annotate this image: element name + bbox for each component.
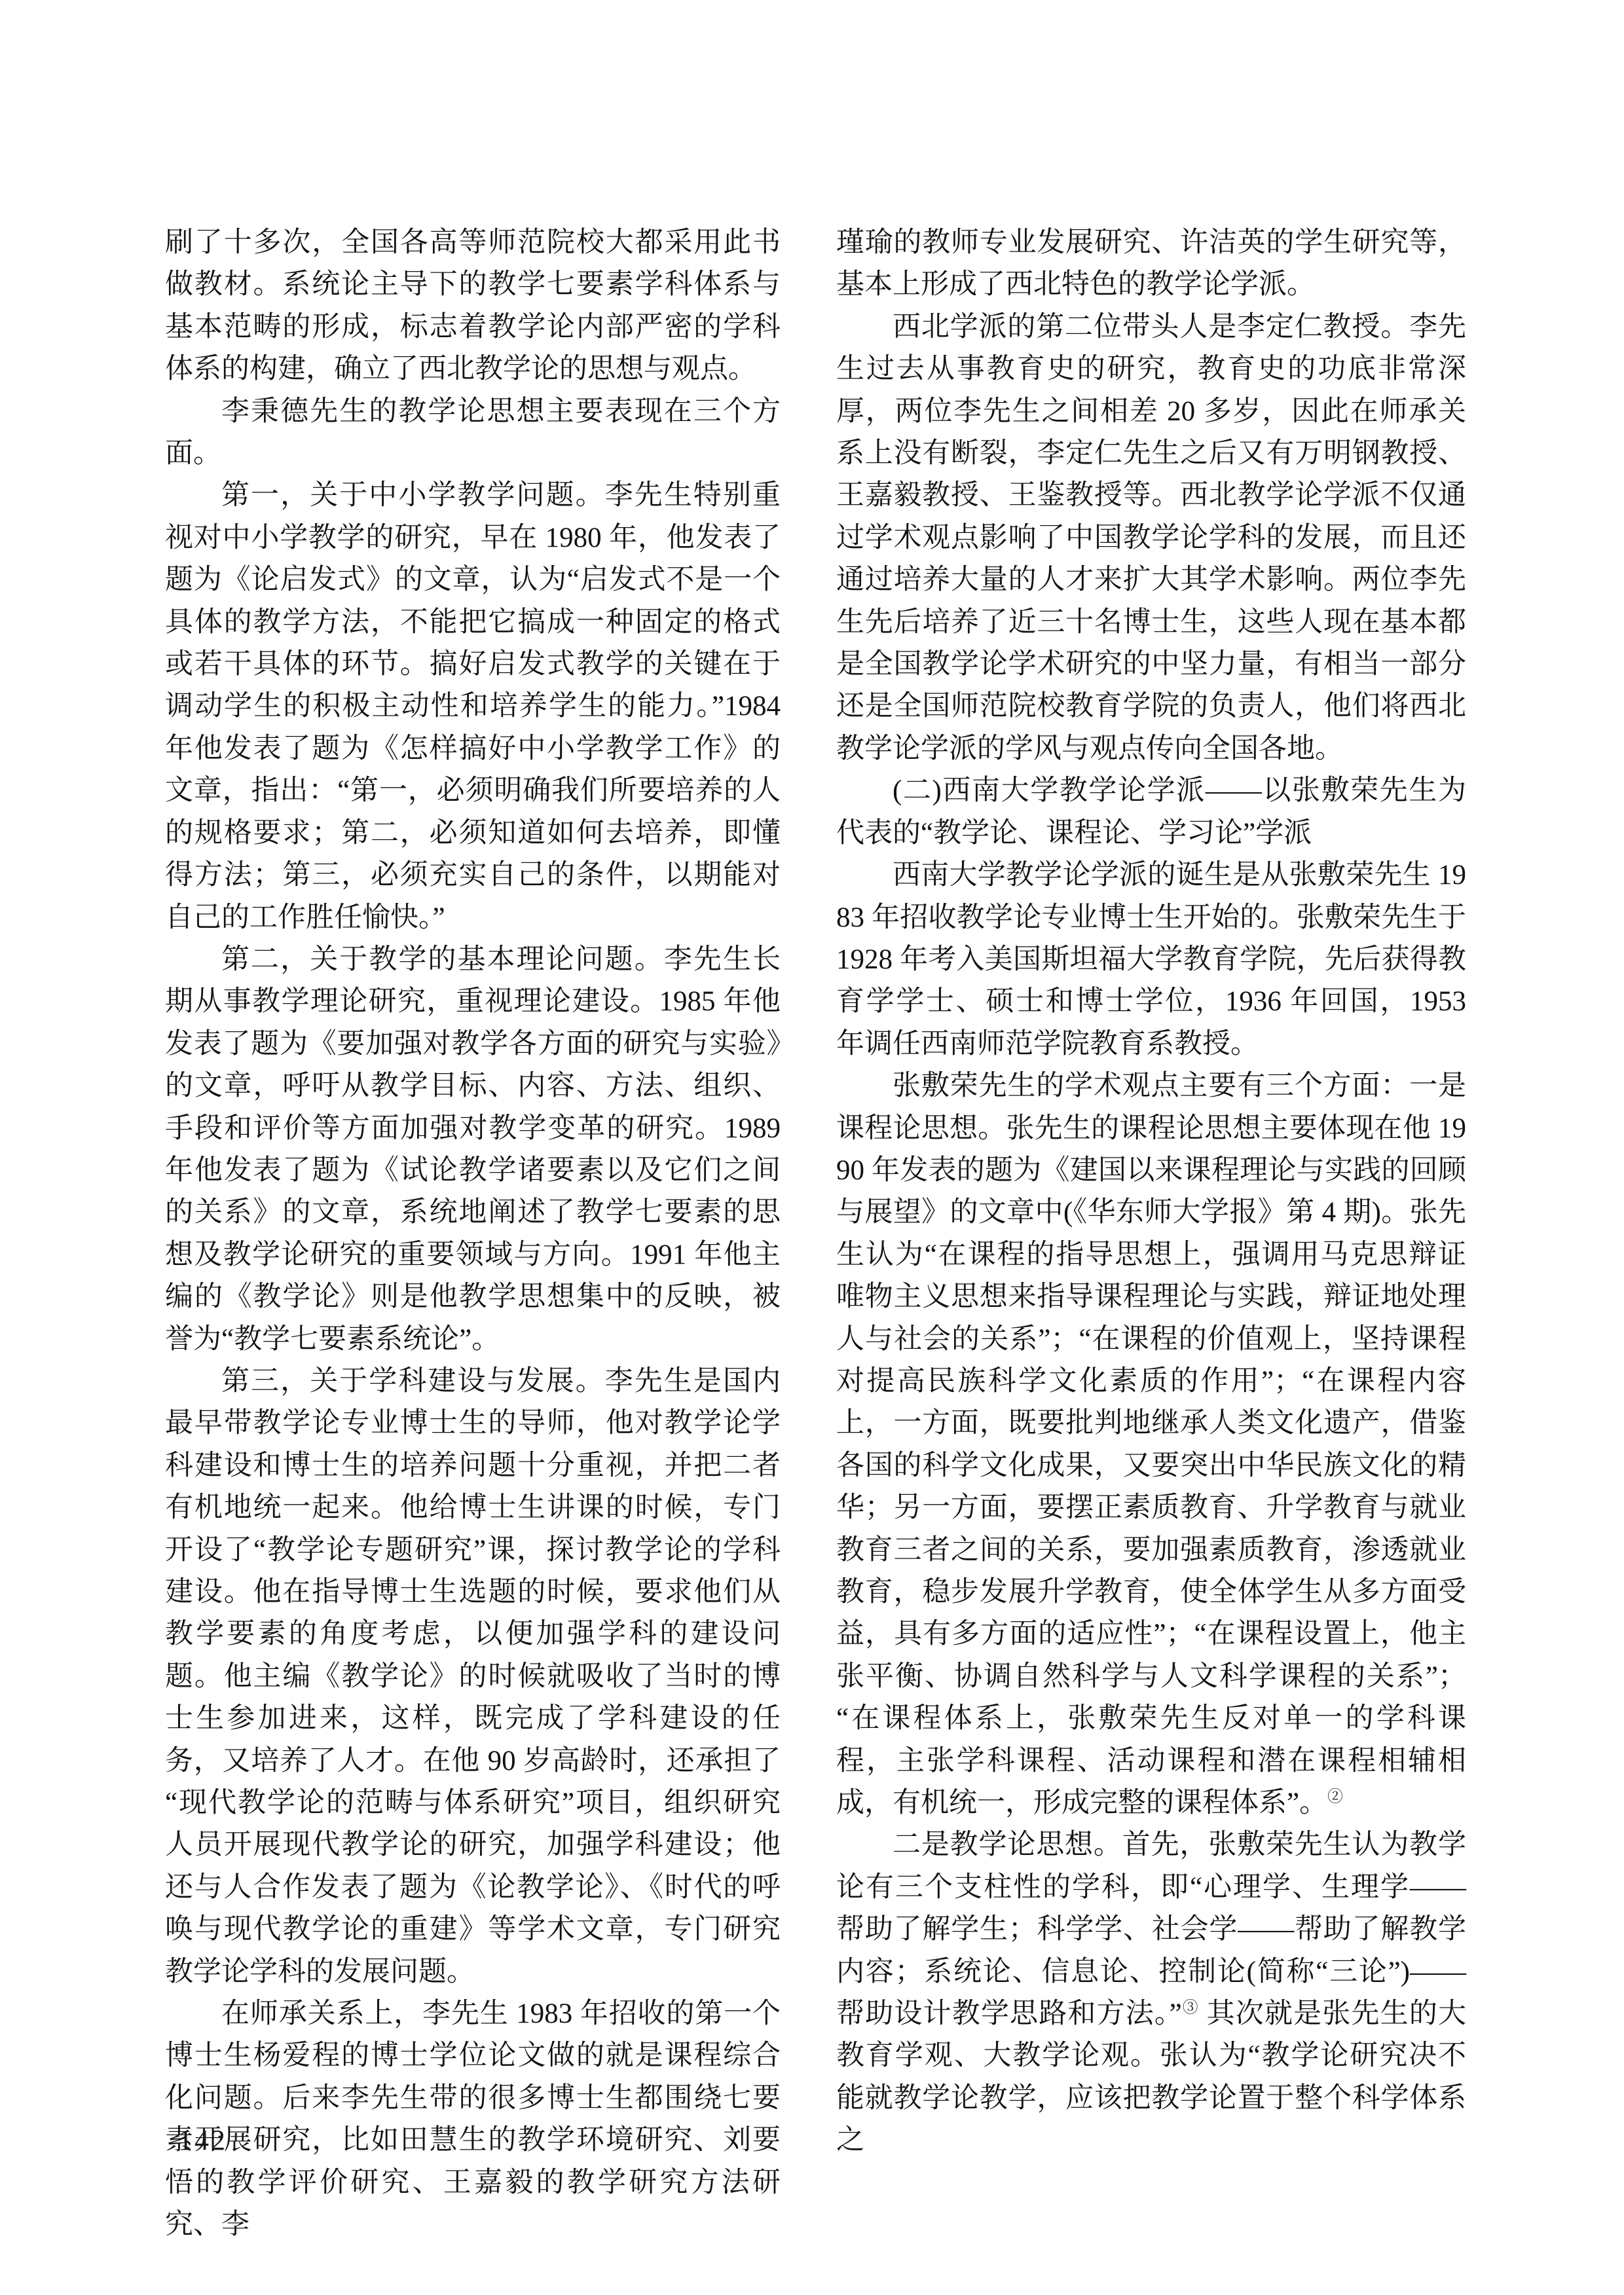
footnote-ref: ③ bbox=[1182, 2000, 1199, 2017]
paragraph: 第二，关于教学的基本理论问题。李先生长期从事教学理论研究，重视理论建设。1985… bbox=[165, 939, 781, 1361]
footnote-ref: ② bbox=[1327, 1789, 1343, 1806]
paragraph: 在师承关系上，李先生 1983 年招收的第一个博士生杨爱程的博士学位论文做的就是… bbox=[165, 1993, 781, 2246]
paragraph: 李秉德先生的教学论思想主要表现在三个方面。 bbox=[165, 391, 781, 475]
paragraph: 第三，关于学科建设与发展。李先生是国内最早带教学论专业博士生的导师，他对教学论学… bbox=[165, 1361, 781, 1993]
paragraph: 二是教学论思想。首先，张敷荣先生认为教学论有三个支柱性的学科，即“心理学、生理学… bbox=[836, 1824, 1466, 2161]
page-number: 142 bbox=[178, 2123, 227, 2157]
section-subheading: (二)西南大学教学论学派——以张敷荣先生为代表的“教学论、课程论、学习论”学派 bbox=[836, 770, 1466, 854]
paragraph-text: 张敷荣先生的学术观点主要有三个方面：一是课程论思想。张先生的课程论思想主要体现在… bbox=[836, 1071, 1466, 1818]
paragraph: 第一，关于中小学教学问题。李先生特别重视对中小学教学的研究，早在 1980 年，… bbox=[165, 475, 781, 938]
left-column: 刷了十多次，全国各高等师范院校大都采用此书做教材。系统论主导下的教学七要素学科体… bbox=[165, 222, 781, 2247]
paragraph: 瑾瑜的教师专业发展研究、许洁英的学生研究等，基本上形成了西北特色的教学论学派。 bbox=[836, 222, 1466, 306]
paragraph: 西南大学教学论学派的诞生是从张敷荣先生 1983 年招收教学论专业博士生开始的。… bbox=[836, 854, 1466, 1065]
paragraph: 西北学派的第二位带头人是李定仁教授。李先生过去从事教育史的研究，教育史的功底非常… bbox=[836, 306, 1466, 770]
paragraph: 张敷荣先生的学术观点主要有三个方面：一是课程论思想。张先生的课程论思想主要体现在… bbox=[836, 1065, 1466, 1824]
right-column: 瑾瑜的教师专业发展研究、许洁英的学生研究等，基本上形成了西北特色的教学论学派。 … bbox=[836, 222, 1466, 2162]
journal-page: 刷了十多次，全国各高等师范院校大都采用此书做教材。系统论主导下的教学七要素学科体… bbox=[0, 0, 1624, 2295]
paragraph: 刷了十多次，全国各高等师范院校大都采用此书做教材。系统论主导下的教学七要素学科体… bbox=[165, 222, 781, 391]
